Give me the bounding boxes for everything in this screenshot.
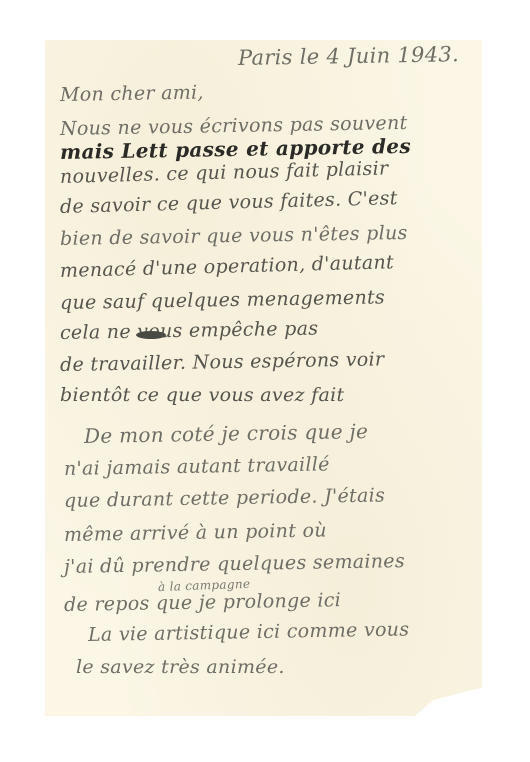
letter-line: bientôt ce que vous avez fait [60,384,344,406]
letter-line: même arrivé à un point où [64,519,327,546]
letter-line-text: cela ne vous empêche pas [60,317,319,344]
struck-out-word [136,331,166,339]
letter-line: De mon coté je crois que je [84,419,369,448]
letter-line: cela ne vous empêche pas [60,317,319,344]
dateline: Paris le 4 Juin 1943. [238,42,459,70]
salutation: Mon cher ami, [60,81,204,106]
letter-line: n'ai jamais autant travaillé [64,453,330,480]
letter-line: le savez très animée. [76,656,285,678]
